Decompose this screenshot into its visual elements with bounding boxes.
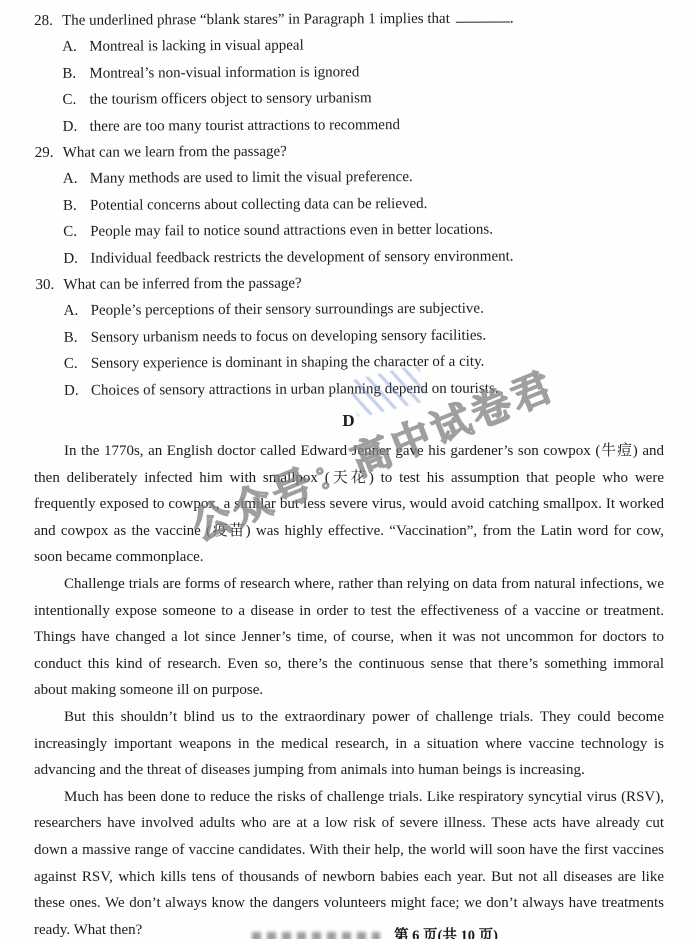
question-29-option-c: C.People may fail to notice sound attrac… xyxy=(63,216,665,246)
option-label: A. xyxy=(62,34,89,61)
option-text: Montreal’s non-visual information is ign… xyxy=(89,64,359,81)
question-29-option-d: D.Individual feedback restricts the deve… xyxy=(63,242,665,272)
question-29: 29.What can we learn from the passage? A… xyxy=(35,137,666,272)
question-30-option-a: A.People’s perceptions of their sensory … xyxy=(64,295,666,325)
section-d-heading: D xyxy=(34,406,664,436)
question-29-option-b: B.Potential concerns about collecting da… xyxy=(63,190,665,220)
question-30-option-d: D.Choices of sensory attractions in urba… xyxy=(64,374,666,404)
option-text: Sensory experience is dominant in shapin… xyxy=(91,354,485,372)
document-content: 28.The underlined phrase “blank stares” … xyxy=(0,0,690,939)
question-30: 30.What can be inferred from the passage… xyxy=(35,269,666,404)
passage-paragraph-4: Much has been done to reduce the risks o… xyxy=(34,784,664,939)
option-text: Potential concerns about collecting data… xyxy=(90,196,427,214)
option-label: B. xyxy=(64,325,91,352)
option-text: Choices of sensory attractions in urban … xyxy=(91,380,499,398)
question-28-option-c: C.the tourism officers object to sensory… xyxy=(62,84,664,114)
option-label: D. xyxy=(63,245,90,272)
question-28-option-a: A.Montreal is lacking in visual appeal xyxy=(62,31,664,61)
question-29-stem: 29.What can we learn from the passage? xyxy=(35,137,665,167)
question-28: 28.The underlined phrase “blank stares” … xyxy=(34,5,665,140)
passage-paragraph-2: Challenge trials are forms of research w… xyxy=(34,571,664,704)
option-label: C. xyxy=(63,219,90,246)
option-text: there are too many tourist attractions t… xyxy=(90,117,400,135)
option-label: C. xyxy=(62,87,89,114)
questions-block: 28.The underlined phrase “blank stares” … xyxy=(34,5,666,404)
passage-paragraph-1: In the 1770s, an English doctor called E… xyxy=(34,438,664,571)
option-text: the tourism officers object to sensory u… xyxy=(89,90,371,107)
option-label: B. xyxy=(63,193,90,220)
option-label: A. xyxy=(64,298,91,325)
page-number-text: 第 6 页(共 10 页) xyxy=(394,928,498,939)
question-29-option-a: A.Many methods are used to limit the vis… xyxy=(63,163,665,193)
question-30-option-c: C.Sensory experience is dominant in shap… xyxy=(64,348,666,378)
question-28-stem: 28.The underlined phrase “blank stares” … xyxy=(34,5,664,35)
option-label: A. xyxy=(63,166,90,193)
footer-blurred-text xyxy=(252,932,380,939)
option-text: Many methods are used to limit the visua… xyxy=(90,169,413,187)
question-number: 28. xyxy=(34,8,62,35)
question-stem-suffix: . xyxy=(510,10,514,26)
passage-paragraph-3: But this shouldn’t blind us to the extra… xyxy=(34,704,664,784)
question-number: 29. xyxy=(35,140,63,167)
option-text: Individual feedback restricts the develo… xyxy=(90,248,513,266)
option-text: People may fail to notice sound attracti… xyxy=(90,222,493,240)
option-text: People’s perceptions of their sensory su… xyxy=(91,301,484,319)
question-28-option-b: B.Montreal’s non-visual information is i… xyxy=(62,58,664,88)
question-number: 30. xyxy=(35,272,63,299)
question-stem-text: The underlined phrase “blank stares” in … xyxy=(62,11,450,29)
question-stem-text: What can be inferred from the passage? xyxy=(63,276,301,293)
exam-document-page: 28.The underlined phrase “blank stares” … xyxy=(0,0,690,939)
question-30-stem: 30.What can be inferred from the passage… xyxy=(35,269,665,299)
question-30-option-b: B.Sensory urbanism needs to focus on dev… xyxy=(64,322,666,352)
answer-blank-line xyxy=(456,7,510,23)
question-stem-text: What can we learn from the passage? xyxy=(63,144,287,161)
option-text: Sensory urbanism needs to focus on devel… xyxy=(91,328,486,346)
option-label: D. xyxy=(64,377,91,404)
option-label: C. xyxy=(64,351,91,378)
option-label: D. xyxy=(63,113,90,140)
option-label: B. xyxy=(62,61,89,88)
page-footer: 第 6 页(共 10 页) xyxy=(252,924,498,939)
question-28-option-d: D.there are too many tourist attractions… xyxy=(63,110,665,140)
option-text: Montreal is lacking in visual appeal xyxy=(89,38,304,55)
